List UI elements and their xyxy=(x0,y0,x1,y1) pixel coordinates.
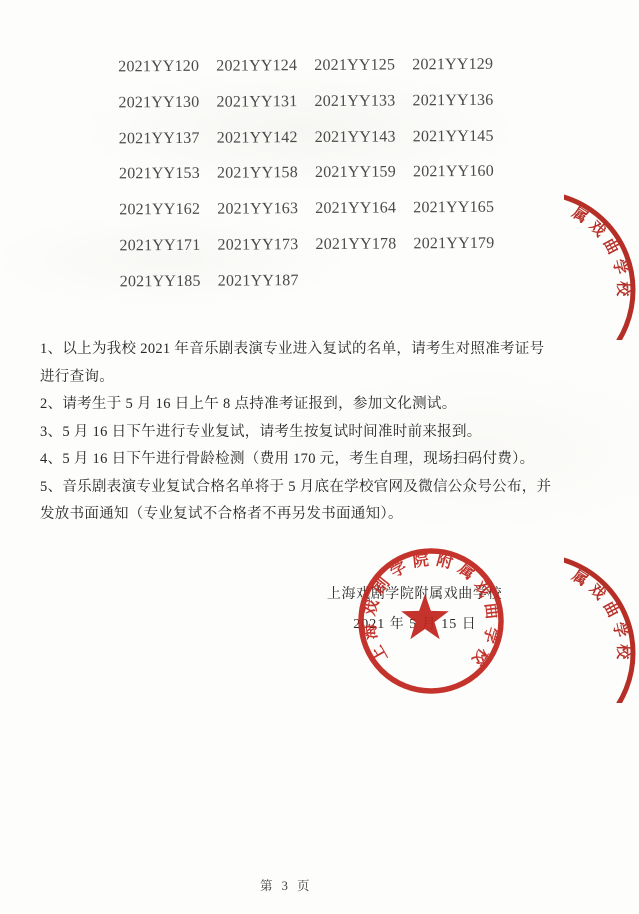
exam-id: 2021YY129 xyxy=(412,47,510,83)
exam-id: 2021YY171 xyxy=(119,228,217,264)
exam-id: 2021YY160 xyxy=(413,154,511,190)
exam-id: 2021YY173 xyxy=(217,227,315,263)
exam-id: 2021YY130 xyxy=(118,84,216,120)
notes-section: 1、以上为我校 2021 年音乐剧表演专业进入复试的名单，请考生对照准考证号 进… xyxy=(40,336,615,529)
partial-seal-top-icon: 属戏曲学校 xyxy=(564,190,639,340)
note-line: 5、音乐剧表演专业复试合格名单将于 5 月底在学校官网及微信公众号公布，并 xyxy=(40,474,615,502)
admitted-id-list: 2021YY120 2021YY124 2021YY125 2021YY129 … xyxy=(118,47,512,300)
exam-id: 2021YY124 xyxy=(216,48,314,84)
exam-id: 2021YY164 xyxy=(315,191,413,227)
partial-seal-bottom-icon: 属戏曲学校 xyxy=(564,553,639,703)
page-number: 第 3 页 xyxy=(260,876,313,894)
seal-star-icon xyxy=(401,594,449,639)
exam-id: 2021YY143 xyxy=(315,119,413,155)
exam-id: 2021YY137 xyxy=(119,120,217,156)
exam-id: 2021YY187 xyxy=(218,263,316,299)
exam-id: 2021YY158 xyxy=(217,155,315,191)
note-line: 进行查询。 xyxy=(40,364,615,392)
exam-id: 2021YY142 xyxy=(217,120,315,156)
exam-id: 2021YY178 xyxy=(315,226,413,262)
exam-id: 2021YY179 xyxy=(413,226,511,262)
exam-id: 2021YY165 xyxy=(413,190,511,226)
exam-id: 2021YY153 xyxy=(119,156,217,192)
exam-id: 2021YY131 xyxy=(216,84,314,120)
exam-id: 2021YY136 xyxy=(412,82,510,118)
exam-id: 2021YY133 xyxy=(314,83,412,119)
exam-id: 2021YY162 xyxy=(119,192,217,228)
note-line: 3、5 月 16 日下午进行专业复试，请考生按复试时间准时前来报到。 xyxy=(40,419,615,447)
exam-id: 2021YY120 xyxy=(118,49,216,85)
exam-id: 2021YY125 xyxy=(314,47,412,83)
official-seal: 上海戏剧学院附属戏曲学校 xyxy=(353,543,509,699)
note-line: 4、5 月 16 日下午进行骨龄检测（费用 170 元，考生自理，现场扫码付费）… xyxy=(40,446,615,474)
scanned-notice-page: 2021YY120 2021YY124 2021YY125 2021YY129 … xyxy=(0,0,639,914)
note-line: 2、请考生于 5 月 16 日上午 8 点持准考证报到，参加文化测试。 xyxy=(40,391,615,419)
exam-id: 2021YY145 xyxy=(413,118,511,154)
exam-id: 2021YY185 xyxy=(120,263,218,299)
note-line: 1、以上为我校 2021 年音乐剧表演专业进入复试的名单，请考生对照准考证号 xyxy=(40,336,615,364)
exam-id: 2021YY159 xyxy=(315,155,413,191)
exam-id: 2021YY163 xyxy=(217,191,315,227)
note-line: 发放书面通知（专业复试不合格者不再另发书面通知）。 xyxy=(40,501,615,529)
